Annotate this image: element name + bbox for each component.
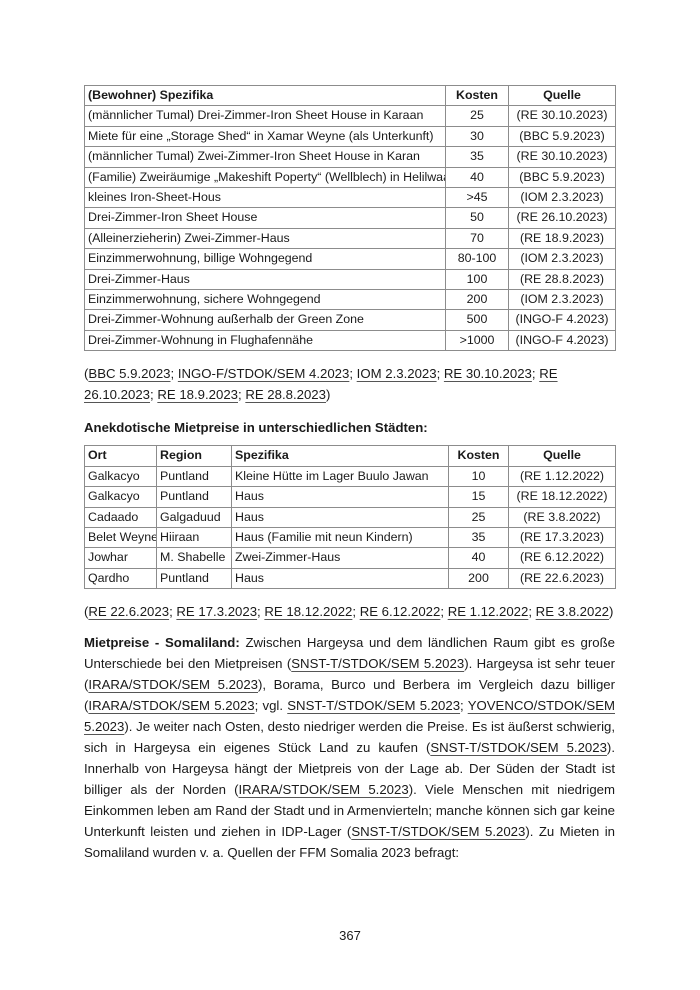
cell-kosten: >45 [446,188,509,208]
cell-quelle: (IOM 2.3.2023) [509,188,616,208]
cell-kosten: 30 [446,126,509,146]
cell-region: Puntland [157,487,232,507]
cell-kosten: 10 [449,466,509,486]
cell-quelle: (IOM 2.3.2023) [509,249,616,269]
table-row: (Familie) Zweiräumige „Makeshift Poperty… [85,167,616,187]
header-quelle: Quelle [509,446,616,466]
cell-spezifika: (männlicher Tumal) Drei-Zimmer-Iron Shee… [85,106,446,126]
cell-kosten: 25 [446,106,509,126]
cell-spezifika: kleines Iron-Sheet-Hous [85,188,446,208]
cell-kosten: 50 [446,208,509,228]
table-row: Belet WeyneHiiraanHaus (Familie mit neun… [85,527,616,547]
source-link[interactable]: RE 18.9.2023 [157,387,238,402]
page-number: 367 [0,928,700,943]
cell-kosten: 80-100 [446,249,509,269]
cell-region: Puntland [157,466,232,486]
cell-ort: Cadaado [85,507,157,527]
table-row: Einzimmerwohnung, sichere Wohngegend200(… [85,290,616,310]
cell-kosten: 40 [446,167,509,187]
cell-ort: Jowhar [85,548,157,568]
cell-spezifika: Haus [232,487,449,507]
header-region: Region [157,446,232,466]
cell-quelle: (RE 1.12.2022) [509,466,616,486]
table-row: QardhoPuntlandHaus200(RE 22.6.2023) [85,568,616,588]
header-kosten: Kosten [449,446,509,466]
cell-quelle: (RE 17.3.2023) [509,527,616,547]
cell-quelle: (RE 30.10.2023) [509,106,616,126]
cell-quelle: (RE 26.10.2023) [509,208,616,228]
cell-spezifika: Drei-Zimmer-Wohnung in Flughafennähe [85,330,446,350]
cell-quelle: (IOM 2.3.2023) [509,290,616,310]
source-link[interactable]: SNST-T/STDOK/SEM 5.2023 [291,656,464,671]
table-row: kleines Iron-Sheet-Hous>45(IOM 2.3.2023) [85,188,616,208]
cell-spezifika: (männlicher Tumal) Zwei-Zimmer-Iron Shee… [85,147,446,167]
cell-spezifika: Drei-Zimmer-Iron Sheet House [85,208,446,228]
source-link[interactable]: SNST-T/STDOK/SEM 5.2023 [351,824,525,839]
header-spezifika: Spezifika [232,446,449,466]
cell-spezifika: Zwei-Zimmer-Haus [232,548,449,568]
table-row: Drei-Zimmer-Iron Sheet House50(RE 26.10.… [85,208,616,228]
source-references-2: (RE 22.6.2023; RE 17.3.2023; RE 18.12.20… [84,601,615,622]
table-row: (männlicher Tumal) Drei-Zimmer-Iron Shee… [85,106,616,126]
cell-ort: Qardho [85,568,157,588]
table-row: Einzimmerwohnung, billige Wohngegend80-1… [85,249,616,269]
cell-ort: Galkacyo [85,466,157,486]
cell-region: Galgaduud [157,507,232,527]
cell-region: Hiiraan [157,527,232,547]
source-link[interactable]: RE 1.12.2022 [448,604,529,619]
rent-table-cities: Ort Region Spezifika Kosten Quelle Galka… [84,445,616,589]
cell-kosten: 15 [449,487,509,507]
cell-spezifika: Miete für eine „Storage Shed“ in Xamar W… [85,126,446,146]
cell-quelle: (RE 30.10.2023) [509,147,616,167]
cell-kosten: >1000 [446,330,509,350]
paragraph-lead: Mietpreise - Somaliland: [84,635,240,650]
cell-quelle: (RE 28.8.2023) [509,269,616,289]
cell-spezifika: Einzimmerwohnung, billige Wohngegend [85,249,446,269]
table-row: GalkacyoPuntlandHaus15(RE 18.12.2022) [85,487,616,507]
cell-spezifika: (Familie) Zweiräumige „Makeshift Poperty… [85,167,446,187]
cell-kosten: 100 [446,269,509,289]
cell-spezifika: Drei-Zimmer-Wohnung außerhalb der Green … [85,310,446,330]
cell-spezifika: (Alleinerzieherin) Zwei-Zimmer-Haus [85,228,446,248]
cell-kosten: 40 [449,548,509,568]
cell-kosten: 35 [446,147,509,167]
source-link[interactable]: BBC 5.9.2023 [88,366,170,381]
cell-quelle: (INGO-F 4.2023) [509,330,616,350]
source-link[interactable]: INGO-F/STDOK/SEM 4.2023 [178,366,349,381]
table-row: Drei-Zimmer-Wohnung außerhalb der Green … [85,310,616,330]
cell-quelle: (RE 18.9.2023) [509,228,616,248]
table-row: CadaadoGalgaduudHaus25(RE 3.8.2022) [85,507,616,527]
rent-table-mogadishu: (Bewohner) Spezifika Kosten Quelle (männ… [84,85,616,351]
source-link[interactable]: RE 28.8.2023 [245,387,326,402]
table-row: Drei-Zimmer-Haus100(RE 28.8.2023) [85,269,616,289]
table-header-row: Ort Region Spezifika Kosten Quelle [85,446,616,466]
cell-spezifika: Kleine Hütte im Lager Buulo Jawan [232,466,449,486]
cell-ort: Belet Weyne [85,527,157,547]
source-link[interactable]: SNST-T/STDOK/SEM 5.2023 [287,698,460,713]
source-link[interactable]: SNST-T/STDOK/SEM 5.2023 [430,740,607,755]
cell-kosten: 25 [449,507,509,527]
source-link[interactable]: RE 17.3.2023 [176,604,257,619]
source-link[interactable]: IOM 2.3.2023 [357,366,437,381]
header-quelle: Quelle [509,86,616,106]
source-link[interactable]: IRARA/STDOK/SEM 5.2023 [88,677,258,692]
cell-quelle: (RE 6.12.2022) [509,548,616,568]
cell-kosten: 200 [449,568,509,588]
cell-quelle: (BBC 5.9.2023) [509,126,616,146]
cell-ort: Galkacyo [85,487,157,507]
table-row: (Alleinerzieherin) Zwei-Zimmer-Haus70(RE… [85,228,616,248]
cell-quelle: (RE 22.6.2023) [509,568,616,588]
header-kosten: Kosten [446,86,509,106]
table-row: (männlicher Tumal) Zwei-Zimmer-Iron Shee… [85,147,616,167]
cell-kosten: 35 [449,527,509,547]
cell-kosten: 200 [446,290,509,310]
cell-region: Puntland [157,568,232,588]
source-link[interactable]: RE 30.10.2023 [444,366,532,381]
table-header-row: (Bewohner) Spezifika Kosten Quelle [85,86,616,106]
source-link[interactable]: RE 22.6.2023 [88,604,169,619]
paragraph-somaliland: Mietpreise - Somaliland: Zwischen Hargey… [84,632,615,863]
table-row: Miete für eine „Storage Shed“ in Xamar W… [85,126,616,146]
cell-spezifika: Haus [232,507,449,527]
table-row: GalkacyoPuntlandKleine Hütte im Lager Bu… [85,466,616,486]
cell-quelle: (BBC 5.9.2023) [509,167,616,187]
cell-quelle: (INGO-F 4.2023) [509,310,616,330]
header-ort: Ort [85,446,157,466]
document-page: (Bewohner) Spezifika Kosten Quelle (männ… [84,85,615,863]
cell-region: M. Shabelle [157,548,232,568]
source-link[interactable]: IRARA/STDOK/SEM 5.2023 [88,698,254,713]
table-row: Drei-Zimmer-Wohnung in Flughafennähe>100… [85,330,616,350]
cell-quelle: (RE 18.12.2022) [509,487,616,507]
cell-spezifika: Einzimmerwohnung, sichere Wohngegend [85,290,446,310]
source-link[interactable]: RE 18.12.2022 [264,604,352,619]
cell-spezifika: Haus (Familie mit neun Kindern) [232,527,449,547]
section-heading-anekdotische: Anekdotische Mietpreise in unterschiedli… [84,417,615,438]
cell-spezifika: Drei-Zimmer-Haus [85,269,446,289]
source-link[interactable]: IRARA/STDOK/SEM 5.2023 [239,782,409,797]
table-row: JowharM. ShabelleZwei-Zimmer-Haus40(RE 6… [85,548,616,568]
cell-kosten: 500 [446,310,509,330]
cell-kosten: 70 [446,228,509,248]
header-spezifika: (Bewohner) Spezifika [85,86,446,106]
cell-quelle: (RE 3.8.2022) [509,507,616,527]
source-link[interactable]: RE 3.8.2022 [536,604,609,619]
source-link[interactable]: RE 6.12.2022 [360,604,441,619]
source-references-1: (BBC 5.9.2023; INGO-F/STDOK/SEM 4.2023; … [84,363,615,405]
cell-spezifika: Haus [232,568,449,588]
